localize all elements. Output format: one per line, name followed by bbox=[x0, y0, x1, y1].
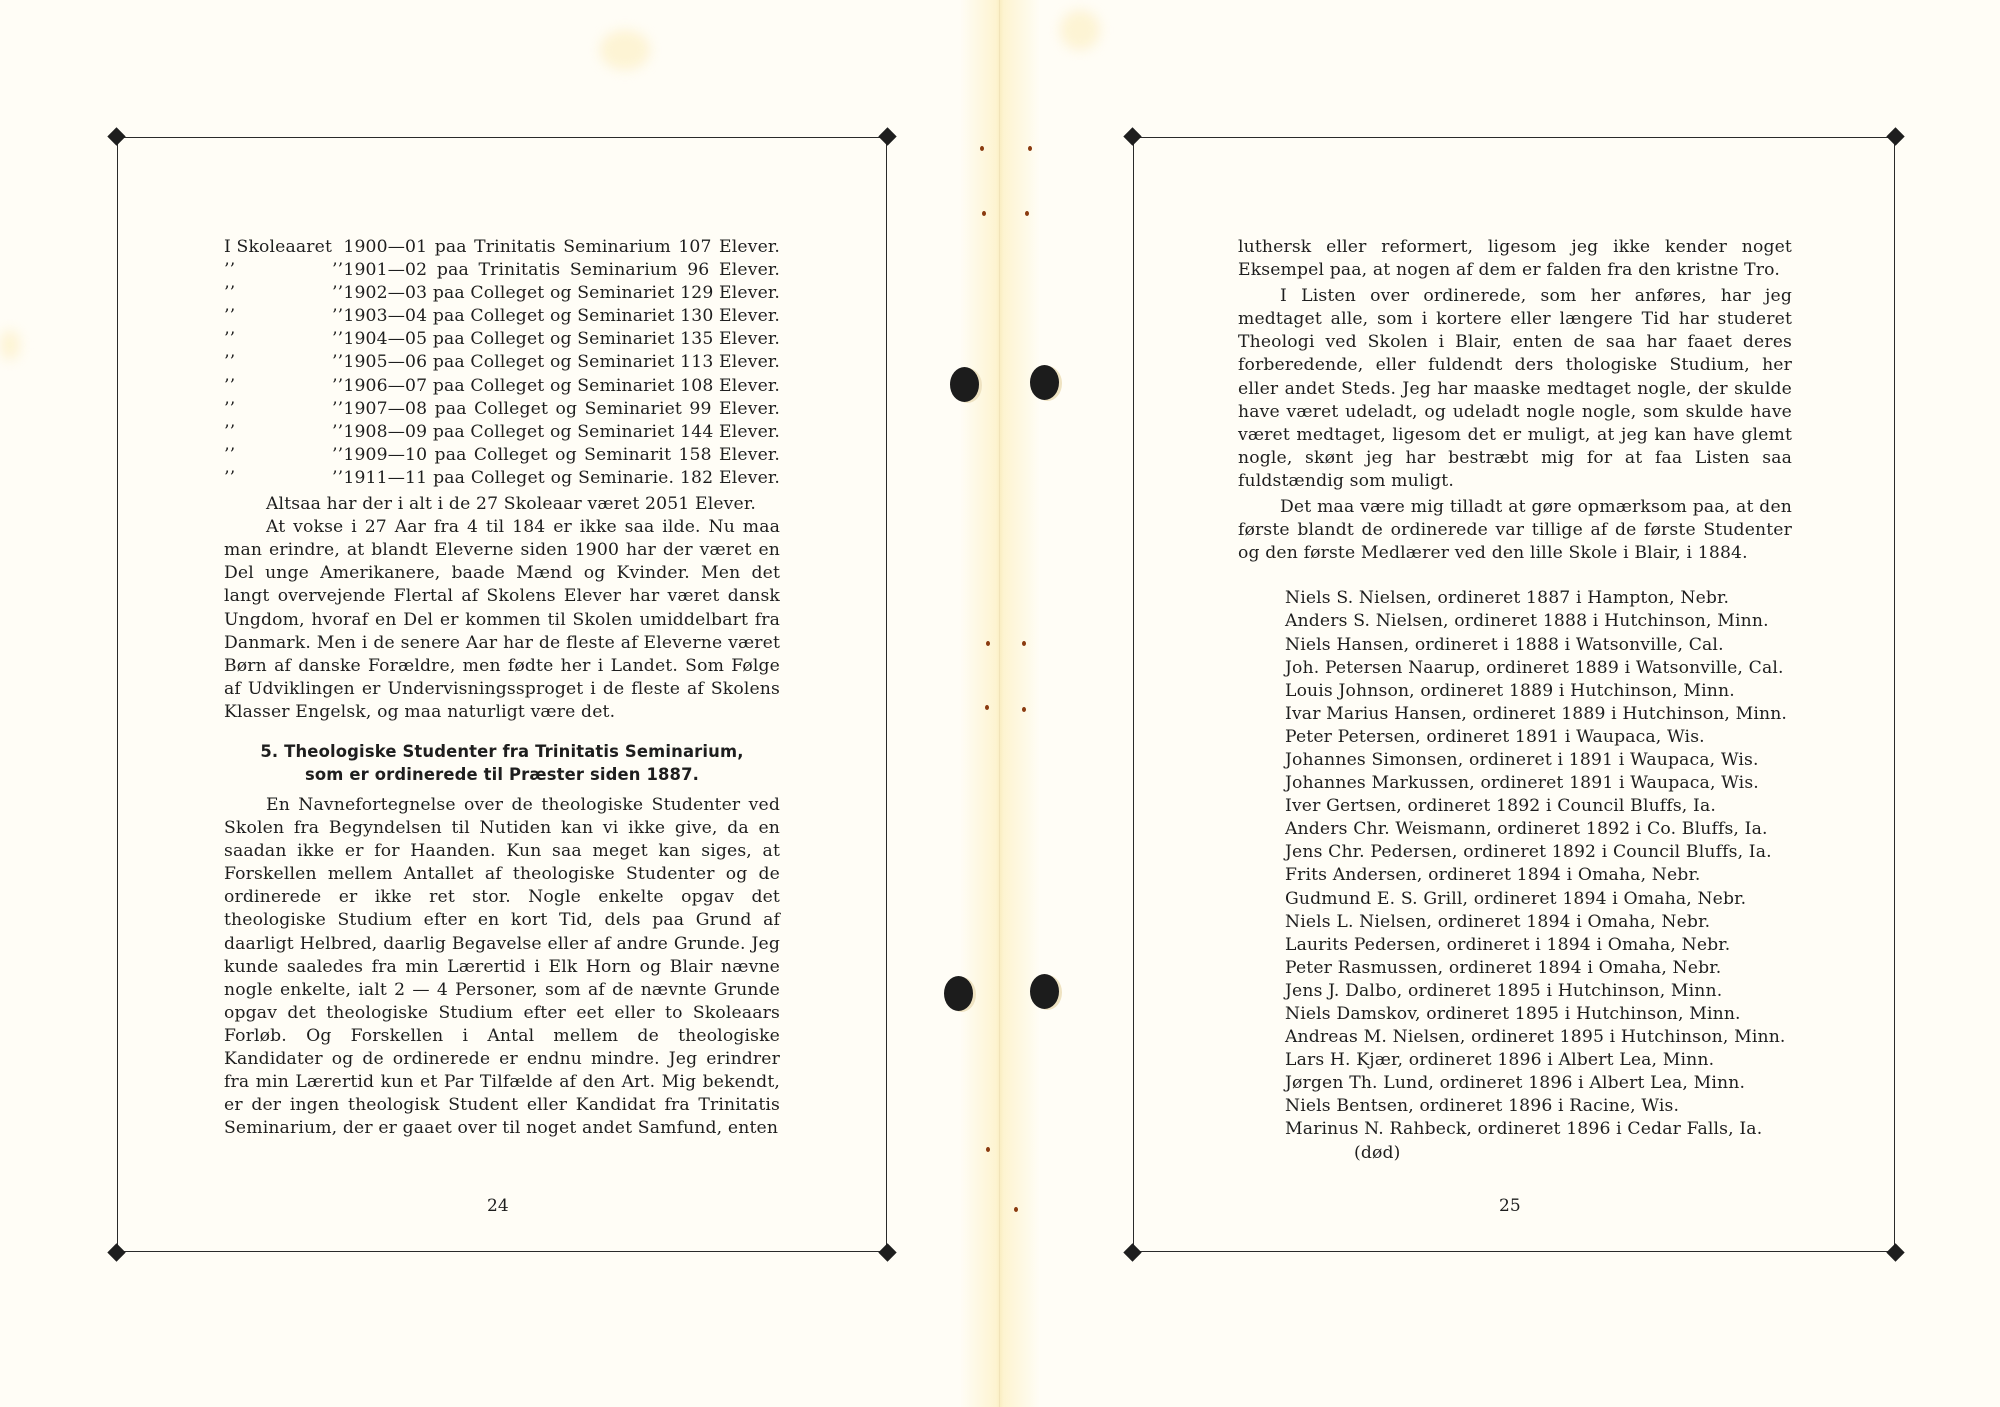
enrollment-row: ’’’’1904—05 paa Colleget og Seminariet 1… bbox=[224, 328, 780, 351]
ordained-entry: Jørgen Th. Lund, ordineret 1896 i Albert… bbox=[1285, 1072, 1792, 1095]
diamond-ornament-icon bbox=[1886, 1243, 1904, 1261]
book-spread: I Skoleaaret1900—01 paa Trinitatis Semin… bbox=[0, 0, 2000, 1407]
ordained-entry: Gudmund E. S. Grill, ordineret 1894 i Om… bbox=[1285, 888, 1792, 911]
paragraph: En Navnefortegnelse over de theologiske … bbox=[224, 794, 780, 1140]
enrollment-cell-years: 1909—10 paa Colleget og Seminarit 158 El… bbox=[343, 444, 780, 467]
enrollment-cell-label: ’’ bbox=[224, 398, 332, 421]
enrollment-cell-years: 1901—02 paa Trinitatis Seminarium 96 Ele… bbox=[343, 259, 780, 282]
paragraph: luthersk eller reformert, ligesom jeg ik… bbox=[1238, 236, 1792, 282]
page-number: 25 bbox=[1499, 1196, 1521, 1216]
ordained-entry: Andreas M. Nielsen, ordineret 1895 i Hut… bbox=[1285, 1026, 1792, 1049]
ordained-entry: Peter Petersen, ordineret 1891 i Waupaca… bbox=[1285, 726, 1792, 749]
diamond-ornament-icon bbox=[1886, 127, 1904, 145]
enrollment-cell-label: ’’ bbox=[224, 467, 332, 490]
ordained-entry: Marinus N. Rahbeck, ordineret 1896 i Ced… bbox=[1285, 1118, 1792, 1141]
paragraph: At vokse i 27 Aar fra 4 til 184 er ikke … bbox=[224, 516, 780, 724]
enrollment-cell-ditto: ’’ bbox=[332, 305, 343, 328]
enrollment-cell-ditto: ’’ bbox=[332, 259, 343, 282]
ordained-note: (død) bbox=[1285, 1142, 1792, 1165]
enrollment-cell-label: ’’ bbox=[224, 421, 332, 444]
enrollment-cell-years: 1906—07 paa Colleget og Seminariet 108 E… bbox=[343, 375, 780, 398]
ordained-entry: Anders Chr. Weismann, ordineret 1892 i C… bbox=[1285, 818, 1792, 841]
enrollment-row: I Skoleaaret1900—01 paa Trinitatis Semin… bbox=[224, 236, 780, 259]
ordained-list: Niels S. Nielsen, ordineret 1887 i Hampt… bbox=[1238, 587, 1792, 1164]
ordained-entry: Anders S. Nielsen, ordineret 1888 i Hutc… bbox=[1285, 610, 1792, 633]
staple-mark-icon bbox=[982, 211, 986, 216]
binding-hole-icon bbox=[944, 976, 973, 1011]
binding-hole-icon bbox=[1030, 974, 1059, 1009]
enrollment-row: ’’’’1903—04 paa Colleget og Seminariet 1… bbox=[224, 305, 780, 328]
enrollment-row: ’’’’1911—11 paa Colleget og Seminarie. 1… bbox=[224, 467, 780, 490]
paper-stain bbox=[600, 30, 650, 70]
enrollment-cell-years: 1904—05 paa Colleget og Seminariet 135 E… bbox=[343, 328, 780, 351]
ordained-entry: Niels S. Nielsen, ordineret 1887 i Hampt… bbox=[1285, 587, 1792, 610]
enrollment-row: ’’’’1906—07 paa Colleget og Seminariet 1… bbox=[224, 375, 780, 398]
enrollment-total: Altsaa har der i alt i de 27 Skoleaar væ… bbox=[224, 493, 780, 516]
binding-hole-icon bbox=[1030, 365, 1059, 400]
enrollment-cell-label: ’’ bbox=[224, 351, 332, 374]
section-heading: 5. Theologiske Studenter fra Trinitatis … bbox=[224, 740, 780, 786]
enrollment-cell-years: 1907—08 paa Colleget og Seminariet 99 El… bbox=[343, 398, 780, 421]
enrollment-row: ’’’’1907—08 paa Colleget og Seminariet 9… bbox=[224, 398, 780, 421]
left-page-body: I Skoleaaret1900—01 paa Trinitatis Semin… bbox=[224, 236, 780, 1140]
ordained-entry: Frits Andersen, ordineret 1894 i Omaha, … bbox=[1285, 864, 1792, 887]
enrollment-cell-years: 1903—04 paa Colleget og Seminariet 130 E… bbox=[343, 305, 780, 328]
enrollment-cell-ditto: ’’ bbox=[332, 398, 343, 421]
page-number: 24 bbox=[487, 1196, 509, 1216]
staple-mark-icon bbox=[986, 1147, 990, 1152]
diamond-ornament-icon bbox=[878, 1243, 896, 1261]
binding-hole-icon bbox=[950, 367, 979, 402]
paper-stain bbox=[1060, 10, 1100, 50]
ordained-entry: Laurits Pedersen, ordineret i 1894 i Oma… bbox=[1285, 934, 1792, 957]
diamond-ornament-icon bbox=[107, 1243, 125, 1261]
spine-crease bbox=[999, 0, 1000, 1407]
right-page-body: luthersk eller reformert, ligesom jeg ik… bbox=[1238, 236, 1792, 1165]
ordained-entry: Johannes Simonsen, ordineret i 1891 i Wa… bbox=[1285, 749, 1792, 772]
enrollment-cell-ditto: ’’ bbox=[332, 351, 343, 374]
enrollment-row: ’’’’1905—06 paa Colleget og Seminariet 1… bbox=[224, 351, 780, 374]
ordained-entry: Jens J. Dalbo, ordineret 1895 i Hutchins… bbox=[1285, 980, 1792, 1003]
ordained-entry: Iver Gertsen, ordineret 1892 i Council B… bbox=[1285, 795, 1792, 818]
enrollment-cell-years: 1911—11 paa Colleget og Seminarie. 182 E… bbox=[343, 467, 780, 490]
ordained-entry: Niels L. Nielsen, ordineret 1894 i Omaha… bbox=[1285, 911, 1792, 934]
ordained-entry: Ivar Marius Hansen, ordineret 1889 i Hut… bbox=[1285, 703, 1792, 726]
enrollment-row: ’’’’1909—10 paa Colleget og Seminarit 15… bbox=[224, 444, 780, 467]
ordained-entry: Joh. Petersen Naarup, ordineret 1889 i W… bbox=[1285, 657, 1792, 680]
enrollment-cell-label: ’’ bbox=[224, 328, 332, 351]
enrollment-cell-label: ’’ bbox=[224, 375, 332, 398]
ordained-entry: Peter Rasmussen, ordineret 1894 i Omaha,… bbox=[1285, 957, 1792, 980]
staple-mark-icon bbox=[986, 641, 990, 646]
enrollment-cell-years: 1908—09 paa Colleget og Seminariet 144 E… bbox=[343, 421, 780, 444]
ordained-entry: Johannes Markussen, ordineret 1891 i Wau… bbox=[1285, 772, 1792, 795]
staple-mark-icon bbox=[1022, 707, 1026, 712]
staple-mark-icon bbox=[1028, 146, 1032, 151]
enrollment-cell-label: ’’ bbox=[224, 282, 332, 305]
enrollment-cell-label: ’’ bbox=[224, 305, 332, 328]
enrollment-cell-ditto: ’’ bbox=[332, 421, 343, 444]
enrollment-cell-ditto: ’’ bbox=[332, 375, 343, 398]
enrollment-cell-ditto: ’’ bbox=[332, 467, 343, 490]
enrollment-row: ’’’’1901—02 paa Trinitatis Seminarium 96… bbox=[224, 259, 780, 282]
enrollment-cell-ditto bbox=[332, 236, 343, 259]
enrollment-cell-ditto: ’’ bbox=[332, 444, 343, 467]
diamond-ornament-icon bbox=[878, 127, 896, 145]
enrollment-cell-label: ’’ bbox=[224, 259, 332, 282]
ordained-entry: Jens Chr. Pedersen, ordineret 1892 i Cou… bbox=[1285, 841, 1792, 864]
enrollment-cell-ditto: ’’ bbox=[332, 328, 343, 351]
section-heading-line: 5. Theologiske Studenter fra Trinitatis … bbox=[224, 740, 780, 763]
enrollment-row: ’’’’1902—03 paa Colleget og Seminariet 1… bbox=[224, 282, 780, 305]
ordained-entry: Louis Johnson, ordineret 1889 i Hutchins… bbox=[1285, 680, 1792, 703]
staple-mark-icon bbox=[1022, 641, 1026, 646]
staple-mark-icon bbox=[985, 705, 989, 710]
diamond-ornament-icon bbox=[107, 127, 125, 145]
paragraph: Det maa være mig tilladt at gøre opmærks… bbox=[1238, 496, 1792, 565]
enrollment-cell-label: I Skoleaaret bbox=[224, 236, 332, 259]
ordained-entry: Niels Damskov, ordineret 1895 i Hutchins… bbox=[1285, 1003, 1792, 1026]
section-heading-line: som er ordinerede til Præster siden 1887… bbox=[224, 763, 780, 786]
ordained-entry: Niels Bentsen, ordineret 1896 i Racine, … bbox=[1285, 1095, 1792, 1118]
ordained-entry: Niels Hansen, ordineret i 1888 i Watsonv… bbox=[1285, 634, 1792, 657]
staple-mark-icon bbox=[1025, 211, 1029, 216]
staple-mark-icon bbox=[980, 146, 984, 151]
enrollment-cell-years: 1905—06 paa Colleget og Seminariet 113 E… bbox=[343, 351, 780, 374]
enrollment-cell-years: 1900—01 paa Trinitatis Seminarium 107 El… bbox=[343, 236, 780, 259]
enrollment-cell-years: 1902—03 paa Colleget og Seminariet 129 E… bbox=[343, 282, 780, 305]
enrollment-cell-label: ’’ bbox=[224, 444, 332, 467]
ordained-entry: Lars H. Kjær, ordineret 1896 i Albert Le… bbox=[1285, 1049, 1792, 1072]
staple-mark-icon bbox=[1014, 1207, 1018, 1212]
enrollment-cell-ditto: ’’ bbox=[332, 282, 343, 305]
diamond-ornament-icon bbox=[1123, 1243, 1141, 1261]
diamond-ornament-icon bbox=[1123, 127, 1141, 145]
enrollment-table: I Skoleaaret1900—01 paa Trinitatis Semin… bbox=[224, 236, 780, 490]
paper-stain bbox=[0, 330, 20, 360]
enrollment-row: ’’’’1908—09 paa Colleget og Seminariet 1… bbox=[224, 421, 780, 444]
paragraph: I Listen over ordinerede, som her anføre… bbox=[1238, 285, 1792, 493]
